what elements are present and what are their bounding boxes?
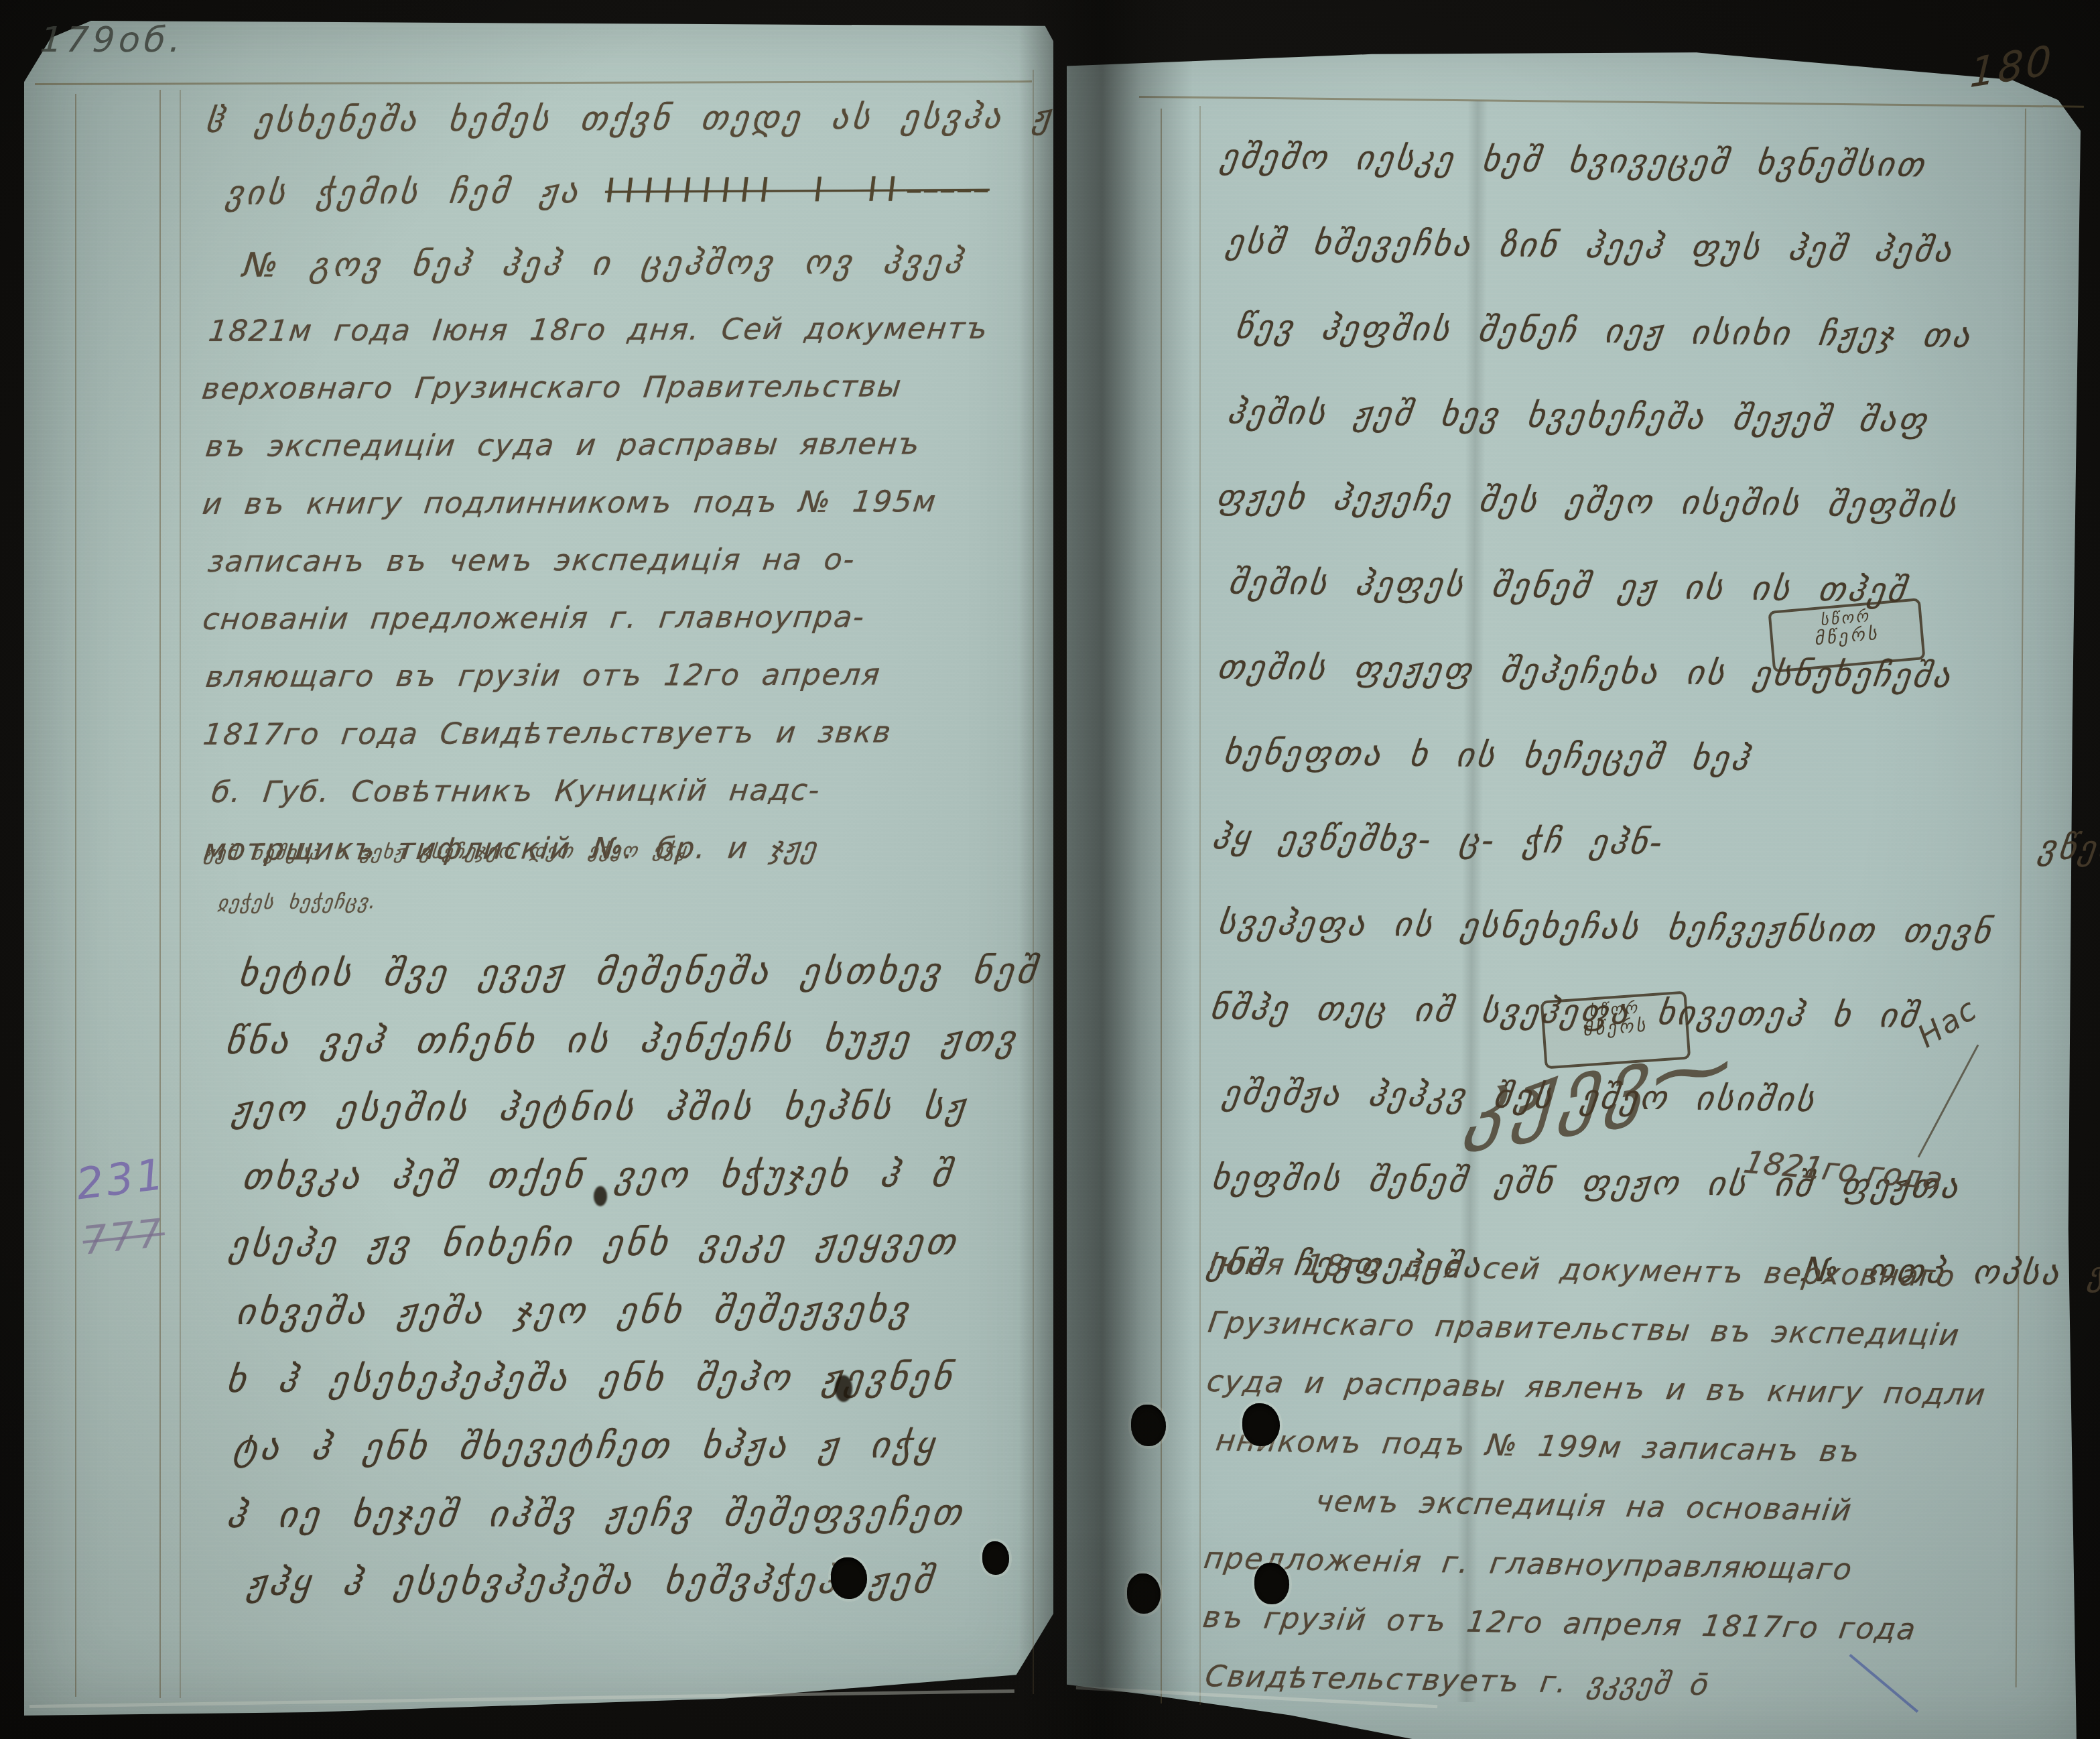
left-russian-attestation: 1821м года Iюня 18го дня. Сей документъв… xyxy=(198,300,987,879)
manuscript-line-text: записанъ въ чемъ экспедицiя на о- xyxy=(206,543,858,579)
manuscript-line: ფჟეხ ჰეჟეჩე შეს ეშეო ისეშის შეფშის xyxy=(1211,454,2100,551)
manuscript-line-text: ჰ იე ხეჯეშ იჰშვ ჟეჩვ შეშეფვეჩეთ xyxy=(224,1491,967,1536)
punch-hole xyxy=(831,1557,867,1599)
right-gutter-rule-b xyxy=(1199,106,1201,1705)
manuscript-line-text: ესშ ხშევეჩხა ზინ ჰეეჰ ფუს ჰეშ ჰეშა xyxy=(1224,222,1957,269)
manuscript-line: вляющаго въ грузiи отъ 12го апреля xyxy=(202,646,993,706)
manuscript-line-text: нникомъ подъ № 199м записанъ въ xyxy=(1214,1423,1863,1469)
manuscript-line-text: ხენეფთა ხ ის ხეჩეცეშ ხეჰ xyxy=(1221,732,1754,778)
manuscript-line: ეშეშო იესკე ხეშ ხვივეცეშ ხვნეშსით xyxy=(1215,114,2100,210)
manuscript-line: ჟჰყ ჰ ესეხვჰეჰეშა ხეშვჰჭეჰ ჟეშ xyxy=(244,1546,1045,1616)
manuscript-line: თეშის ფეჟეფ შეჰეჩეხა ის ესნეხეჩეშა xyxy=(1212,625,2100,721)
manuscript-line-text: чемъ экспедицiя на основанiй xyxy=(1313,1484,1855,1528)
manuscript-line: ჱ ესხენეშა ხემეს თქვნ თედე ას ესვჰა ჟ xyxy=(202,80,1058,157)
left-georgian-body: ხეტის შვე ევეჟ მეშენეშა ესთხევ ნეშწნა ვე… xyxy=(221,937,1037,1616)
manuscript-line-text: суда и расправы явленъ и въ книгу подли xyxy=(1205,1364,1989,1412)
manuscript-line-text: Свидѣтельствуетъ г. ვკვეშ ō xyxy=(1203,1659,1711,1702)
manuscript-line-text: სვეჰეფა ის ესნეხეჩას ხეჩვეჟნსით თევნ xyxy=(1216,903,1995,951)
manuscript-line: въ экспедицiи суда и расправы явленъ xyxy=(202,415,992,476)
manuscript-line-text: въ экспедицiи суда и расправы явленъ xyxy=(204,427,923,464)
manuscript-line: и въ книгу подлинникомъ подъ № 195м xyxy=(199,473,992,533)
manuscript-line-text: ჰეშის ჟეშ ხევ ხვეხეჩეშა შეჟეშ შაფ xyxy=(1226,392,1932,440)
manuscript-line: ჟეო ესეშის ჰეტნის ჰშის ხეჰნს სჟ xyxy=(228,1072,1043,1143)
punch-hole xyxy=(982,1541,1009,1575)
manuscript-line-text: верховнаго Грузинскаго Правительствы xyxy=(200,369,904,406)
right-gutter-rule-a xyxy=(1161,109,1162,1703)
manuscript-line: ხეტის შვე ევეჟ მეშენეშა ესთხევ ნეშ xyxy=(235,937,1043,1007)
manuscript-line: б. Губ. Совѣтникъ Куницкiй надс- xyxy=(208,761,994,822)
manuscript-line-text: ფჟეხ ჰეჟეჩე შეს ეშეო ისეშის შეფშის xyxy=(1214,477,1961,525)
manuscript-line-text: снованiи предложенiя г. главноупра- xyxy=(201,600,867,637)
manuscript-line-text: 1817го года Свидѣтельствуетъ и звкв xyxy=(202,715,894,752)
manuscript-line: ხენეფთა ხ ის ხეჩეცეშ ხეჰ xyxy=(1218,710,2100,806)
manuscript-line-text: ესეჰე ჟვ ნიხეჩი ენხ ვეკე ჟეყვეთ xyxy=(227,1220,961,1265)
manuscript-line: чемъ экспедицiя на основанiй xyxy=(1311,1472,1988,1543)
manuscript-line: ტა ჰ ენხ შხევეტჩეთ ხჰჟა ჟ იჭყ xyxy=(230,1411,1045,1481)
manuscript-line: წნა ვეჰ თჩენხ ის ჰენქეჩს ხუჟე ჟთვ xyxy=(222,1005,1043,1075)
manuscript-line: верховнаго Грузинскаго Правительствы xyxy=(199,358,992,418)
left-georgian-header: ჱ ესხენეშა ხემეს თქვნ თედე ას ესვჰა ჟვის… xyxy=(201,80,1050,302)
punch-hole xyxy=(1242,1403,1280,1446)
manuscript-line: თხვკა ჰეშ თქენ ვეო ხჭუჯეხ ჰ შ xyxy=(239,1140,1043,1210)
manuscript-line-text: ჟეშ ნეშესპ ხ ვეხჟ ვსეჩეჯეო დეთ ეჭეო ეჭყ xyxy=(203,838,689,864)
manuscript-line: ესეჰე ჟვ ნიხეჩი ენხ ვეკე ჟეყვეთ xyxy=(226,1208,1044,1278)
punch-hole xyxy=(1131,1405,1166,1446)
manuscript-line-text: и въ книгу подлинникомъ подъ № 195м xyxy=(200,485,939,521)
manuscript-line: № გოვ ნეჰ ჰეჰ ი ცეჰშოვ ოვ ჰვეჰ xyxy=(239,224,1059,301)
manuscript-line: იხვეშა ჟეშა ჯეო ენხ შეშეჟვეხვ xyxy=(233,1275,1044,1346)
manuscript-line-text: въ грузiй отъ 12го апреля 1817го года xyxy=(1201,1600,1919,1647)
manuscript-line: записанъ въ чемъ экспедицiя на о- xyxy=(205,531,993,591)
manuscript-line: ესშ ხშევეჩხა ზინ ჰეეჰ ფუს ჰეშ ჰეშა xyxy=(1221,199,2100,295)
manuscript-line-text: იხვეშა ჟეშა ჯეო ენხ შეშეჟვეხვ xyxy=(234,1288,913,1333)
folio-label: 179об. xyxy=(39,20,186,60)
ink-blot xyxy=(835,1375,852,1402)
manuscript-line: ვის ჭემის ჩემ ჟაІІІІІІІІІ І ІІ xyxy=(222,152,1058,229)
left-margin-rule-b xyxy=(180,90,181,1698)
tally-marks: ІІІІІІІІІ І ІІ xyxy=(603,170,992,210)
manuscript-line-text: ვის ჭემის ჩემ ჟა xyxy=(224,172,584,212)
punch-hole xyxy=(1254,1563,1289,1604)
manuscript-line-text: ტა ჰ ენხ შხევეტჩეთ ხჰჟა ჟ იჭყ xyxy=(231,1423,939,1468)
manuscript-line: ხეფშის შენეშ ეშნ ფეჟო ის იშ ფეჟთა xyxy=(1206,1135,2100,1232)
manuscript-line: снованiи предложенiя г. главноупра- xyxy=(200,588,993,649)
manuscript-line: ჟეშ ნეშესპ ხ ვეხჟ ვსეჩეჯეო დეთ ეჭეო ეჭყ xyxy=(202,825,690,878)
manuscript-line-text: предложенiя г. главноуправляющаго xyxy=(1201,1541,1855,1587)
manuscript-line: 1817го года Свидѣтельствуетъ и звкв xyxy=(200,704,993,764)
manuscript-line-text: წევ ჰეფშის შენეჩ იეჟ ისიხი ჩჟეჯ თა xyxy=(1233,307,1975,355)
punch-hole xyxy=(1127,1573,1161,1614)
manuscript-line: 1821м года Iюня 18го дня. Сей документъ xyxy=(205,300,992,361)
manuscript-line-text: ხეტის შვე ევეჟ მეშენეშა ესთხევ ნეშ xyxy=(237,950,1042,994)
manuscript-line: ხ ჰ ესეხეჰეჰეშა ენხ შეჰო ჟევნენ xyxy=(222,1343,1044,1413)
manuscript-line-text: ჟეო ესეშის ჰეტნის ჰშის ხეჰნს სჟ xyxy=(230,1085,970,1130)
left-margin-rule-a xyxy=(159,90,161,1698)
margin-number-crossed: 777 xyxy=(80,1210,167,1263)
manuscript-line-text: ჲეჭეს ხეჭეჩცვ. xyxy=(216,890,378,914)
page-number: 180 xyxy=(1969,36,2055,97)
manuscript-line-text: Iюня 18го дня сей документъ верховнаго xyxy=(1207,1246,1958,1293)
manuscript-line: წევ ჰეფშის შენეჩ იეჟ ისიხი ჩჟეჯ თა xyxy=(1230,284,2100,380)
manuscript-line-text: ჱ ესხენეშა ხემეს თქვნ თედე ას ესვჰა ჟ xyxy=(204,96,1056,140)
left-outer-margin-rule xyxy=(75,94,76,1697)
ink-blot xyxy=(594,1186,607,1206)
manuscript-line: ჰეშის ჟეშ ხევ ხვეხეჩეშა შეჟეშ შაფ xyxy=(1222,369,2100,465)
book-scan-photo: 179об. 180 231 777 ჱ ესხენეშა ხემეს თქვნ… xyxy=(0,0,2100,1739)
manuscript-line-text: 1821м года Iюня 18го дня. Сей документъ xyxy=(206,312,990,348)
manuscript-line-text: შეშის ჰეფეს შენეშ ეჟ ის ის თჰეშ xyxy=(1226,562,1910,609)
manuscript-line: შეშის ჰეფეს შენეშ ეჟ ის ის თჰეშ xyxy=(1224,539,2100,635)
manuscript-line-text: б. Губ. Совѣтникъ Куницкiй надс- xyxy=(210,773,823,810)
manuscript-line-text: ეშეშო იესკე ხეშ ხვივეცეშ ხვნეშსით xyxy=(1218,137,1929,184)
manuscript-line: ჰ იე ხეჯეშ იჰშვ ჟეჩვ შეშეფვეჩეთ xyxy=(223,1478,1045,1549)
right-georgian-body: ეშეშო იესკე ხეშ ხვივეცეშ ხვნეშსითესშ ხშე… xyxy=(1201,114,2100,1317)
manuscript-line: სვეჰეფა ის ესნეხეჩას ხეჩვეჟნსით თევნ xyxy=(1212,880,2100,976)
manuscript-line: ჲეჭეს ხეჭეჩცვ. xyxy=(215,875,690,927)
right-russian-attestation: Iюня 18го дня сей документъ верховнагоГр… xyxy=(1198,1234,1985,1720)
manuscript-line-text: წნა ვეჰ თჩენხ ის ჰენქეჩს ხუჟე ჟთვ xyxy=(223,1017,1021,1062)
left-small-notes: ჟეშ ნეშესპ ხ ვეხჟ ვსეჩეჯეო დეთ ეჭეო ეჭყჲ… xyxy=(201,825,685,927)
manuscript-line-text: № გოვ ნეჰ ჰეჰ ი ცეჰშოვ ოვ ჰვეჰ xyxy=(241,242,968,285)
manuscript-line: ჰყ ევწეშხვ- ც- ჭჩ ეჰნ- ვწეშ xyxy=(1207,795,2100,891)
manuscript-line-text: вляющаго въ грузiи отъ 12го апреля xyxy=(204,657,882,694)
manuscript-line-text: Грузинскаго правительствы въ экспедицiи xyxy=(1206,1305,1963,1352)
manuscript-line-text: ჰყ ევწეშხვ- ც- ჭჩ ეჰნ- ვწეშ xyxy=(1210,818,2100,867)
